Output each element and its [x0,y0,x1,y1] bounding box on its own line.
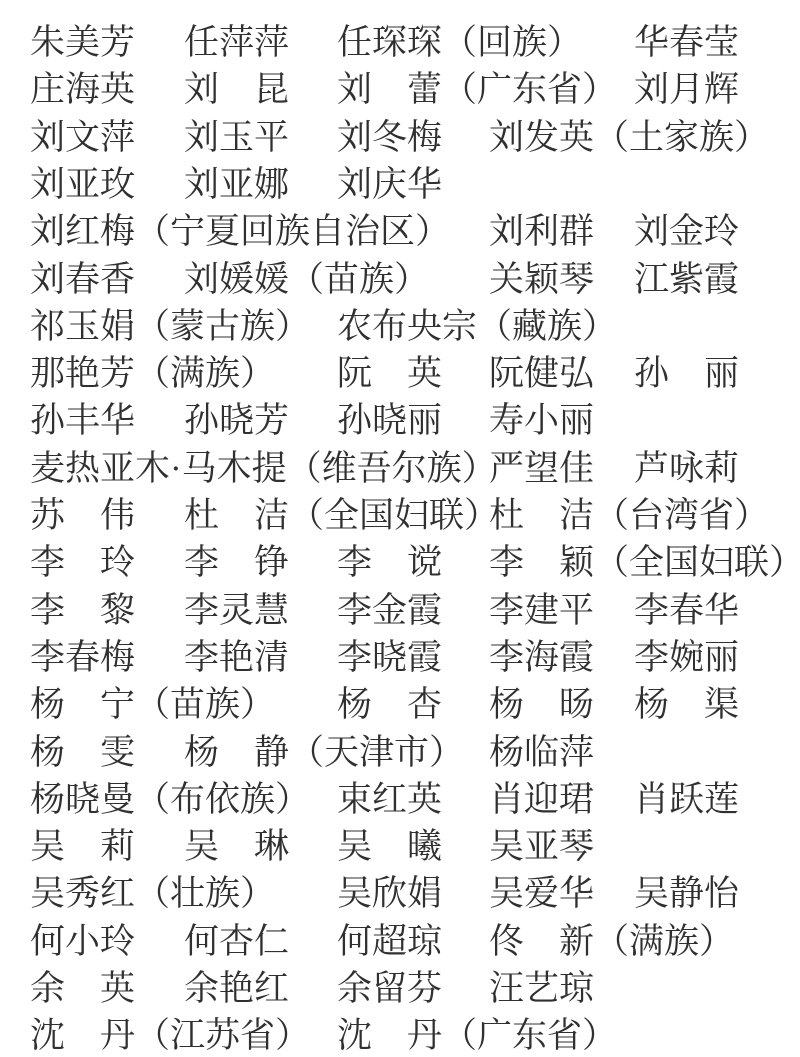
name-entry: 刘月辉 [634,69,739,111]
name-entry: 李春华 [634,590,739,632]
name-entry: 刘庆华 [337,164,442,206]
name-entry: 何小玲 [30,921,135,963]
name-entry: 寿小丽 [489,400,594,442]
name-row: 苏 伟杜 洁（全国妇联）杜 洁（台湾省） [0,495,800,537]
name-entry: 杨临萍 [489,732,594,774]
name-entry: 何杏仁 [184,921,289,963]
name-entry: 李灵慧 [184,590,289,632]
name-entry: 杨 渠 [634,684,739,726]
name-entry: 杜 洁（全国妇联） [184,495,499,537]
name-entry: 杨 宁（苗族） [30,684,275,726]
name-entry: 杜 洁（台湾省） [489,495,769,537]
name-entry: 吴 曦 [337,826,442,868]
name-entry: 吴静怡 [634,873,739,915]
name-entry: 汪艺琼 [489,968,594,1010]
name-entry: 庄海英 [30,69,135,111]
name-entry: 吴 莉 [30,826,135,868]
name-entry: 吴欣娟 [337,873,442,915]
name-entry: 刘 蕾（广东省） [337,69,617,111]
name-entry: 任琛琛（回族） [337,22,582,64]
name-entry: 刘红梅（宁夏回族自治区） [30,211,450,253]
name-entry: 李 玲 [30,542,135,584]
name-entry: 杨 雯 [30,732,135,774]
name-entry: 刘玉平 [184,117,289,159]
name-row: 刘春香刘媛媛（苗族）关颖琴江紫霞 [0,259,800,301]
name-entry: 李 谠 [337,542,442,584]
name-row: 杨 雯杨 静（天津市）杨临萍 [0,732,800,774]
name-entry: 束红英 [337,779,442,821]
name-row: 杨晓曼（布依族）束红英肖迎珺肖跃莲 [0,779,800,821]
name-entry: 何超琼 [337,921,442,963]
name-entry: 李建平 [489,590,594,632]
name-row: 何小玲何杏仁何超琼佟 新（满族） [0,921,800,963]
name-entry: 刘春香 [30,259,135,301]
name-entry: 李 铮 [184,542,289,584]
name-entry: 严望佳 [489,448,594,490]
name-entry: 沈 丹（广东省） [337,1015,617,1057]
name-row: 麦热亚木·马木提（维吾尔族）严望佳芦咏莉 [0,448,800,490]
name-entry: 任萍萍 [184,22,289,64]
name-row: 那艳芳（满族）阮 英阮健弘孙 丽 [0,353,800,395]
name-entry: 肖迎珺 [489,779,594,821]
name-entry: 华春莹 [634,22,739,64]
name-row: 沈 丹（江苏省）沈 丹（广东省） [0,1015,800,1057]
name-entry: 刘文萍 [30,117,135,159]
name-row: 杨 宁（苗族）杨 杏杨 旸杨 渠 [0,684,800,726]
name-row: 庄海英刘 昆刘 蕾（广东省）刘月辉 [0,69,800,111]
name-entry: 杨 杏 [337,684,442,726]
name-entry: 李 颖（全国妇联） [489,542,800,584]
name-entry: 孙 丽 [634,353,739,395]
name-entry: 李金霞 [337,590,442,632]
name-entry: 李婉丽 [634,637,739,679]
name-entry: 吴亚琴 [489,826,594,868]
name-entry: 孙晓丽 [337,400,442,442]
name-entry: 刘金玲 [634,211,739,253]
name-entry: 吴秀红（壮族） [30,873,275,915]
name-entry: 刘利群 [489,211,594,253]
name-entry: 刘亚娜 [184,164,289,206]
name-row: 祁玉娟（蒙古族）农布央宗（藏族） [0,306,800,348]
name-entry: 佟 新（满族） [489,921,734,963]
name-entry: 阮健弘 [489,353,594,395]
name-entry: 李春梅 [30,637,135,679]
name-entry: 李海霞 [489,637,594,679]
name-entry: 刘冬梅 [337,117,442,159]
name-entry: 李 黎 [30,590,135,632]
document-page: 朱美芳任萍萍任琛琛（回族）华春莹庄海英刘 昆刘 蕾（广东省）刘月辉刘文萍刘玉平刘… [0,0,800,1057]
name-row: 吴秀红（壮族）吴欣娟吴爱华吴静怡 [0,873,800,915]
name-row: 李 黎李灵慧李金霞李建平李春华 [0,590,800,632]
name-entry: 李艳清 [184,637,289,679]
name-entry: 杨 旸 [489,684,594,726]
name-row: 李春梅李艳清李晓霞李海霞李婉丽 [0,637,800,679]
name-row: 吴 莉吴 琳吴 曦吴亚琴 [0,826,800,868]
name-entry: 江紫霞 [634,259,739,301]
name-entry: 李晓霞 [337,637,442,679]
name-row: 朱美芳任萍萍任琛琛（回族）华春莹 [0,22,800,64]
name-entry: 余艳红 [184,968,289,1010]
name-entry: 杨晓曼（布依族） [30,779,310,821]
name-entry: 农布央宗（藏族） [337,306,617,348]
name-entry: 吴爱华 [489,873,594,915]
name-row: 李 玲李 铮李 谠李 颖（全国妇联） [0,542,800,584]
name-row: 刘红梅（宁夏回族自治区）刘利群刘金玲 [0,211,800,253]
name-entry: 刘亚玫 [30,164,135,206]
name-entry: 余留芬 [337,968,442,1010]
name-row: 刘文萍刘玉平刘冬梅刘发英（土家族） [0,117,800,159]
name-entry: 余 英 [30,968,135,1010]
name-entry: 芦咏莉 [634,448,739,490]
name-entry: 孙丰华 [30,400,135,442]
name-entry: 祁玉娟（蒙古族） [30,306,310,348]
name-entry: 关颖琴 [489,259,594,301]
name-entry: 朱美芳 [30,22,135,64]
name-entry: 阮 英 [337,353,442,395]
name-entry: 沈 丹（江苏省） [30,1015,310,1057]
name-row: 余 英余艳红余留芬汪艺琼 [0,968,800,1010]
name-entry: 孙晓芳 [184,400,289,442]
name-entry: 刘发英（土家族） [489,117,769,159]
name-entry: 杨 静（天津市） [184,732,464,774]
name-row: 孙丰华孙晓芳孙晓丽寿小丽 [0,400,800,442]
name-entry: 吴 琳 [184,826,289,868]
name-row: 刘亚玫刘亚娜刘庆华 [0,164,800,206]
name-entry: 麦热亚木·马木提（维吾尔族） [30,448,497,490]
name-entry: 那艳芳（满族） [30,353,275,395]
name-entry: 刘 昆 [184,69,289,111]
name-entry: 刘媛媛（苗族） [184,259,429,301]
name-entry: 肖跃莲 [634,779,739,821]
name-entry: 苏 伟 [30,495,135,537]
